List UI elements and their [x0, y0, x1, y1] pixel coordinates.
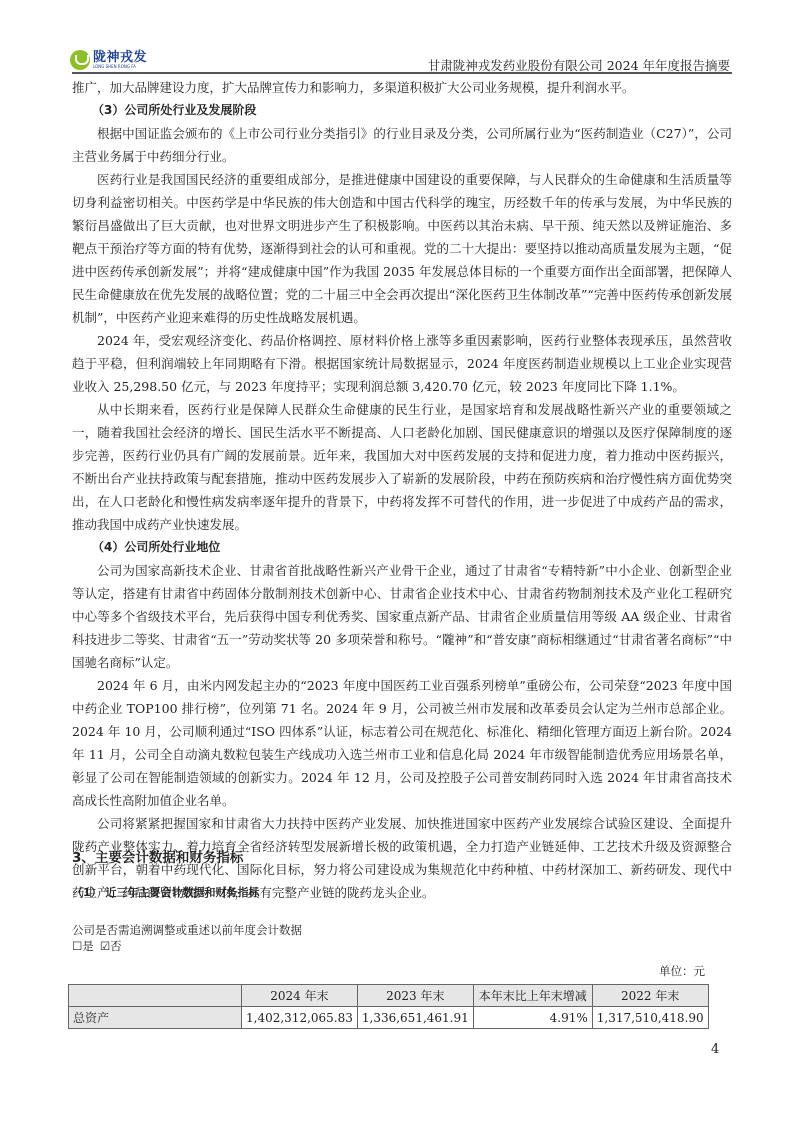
table-header-cell [69, 985, 242, 1007]
table-header-cell: 本年末比上年末增减 [473, 985, 592, 1007]
subheading-industry-stage: （3）公司所处行业及发展阶段 [92, 99, 732, 122]
restatement-question: 公司是否需追溯调整或重述以前年度会计数据 [72, 922, 302, 938]
restatement-options: ☐是 ☑否 [72, 938, 122, 954]
logo-name-cn: 陇神戎发 [93, 51, 147, 64]
unit-label: 单位：元 [659, 963, 705, 979]
table-header-cell: 2023 年末 [357, 985, 473, 1007]
table-cell: 1,317,510,418.90 [592, 1007, 708, 1029]
subheading-industry-position: （4）公司所处行业地位 [92, 536, 732, 559]
table-header-row: 2024 年末 2023 年末 本年末比上年末增减 2022 年末 [69, 985, 709, 1007]
table-cell: 1,336,651,461.91 [357, 1007, 473, 1029]
company-logo: 陇神戎发 LONG SHEN RONG FA [70, 50, 147, 70]
table-row: 总资产 1,402,312,065.83 1,336,651,461.91 4.… [69, 1007, 709, 1029]
paragraph-industry-classification: 根据中国证监会颁布的《上市公司行业分类指引》的行业目录及分类，公司所属行业为“医… [72, 122, 732, 168]
table-cell: 1,402,312,065.83 [242, 1007, 358, 1029]
logo-name-en: LONG SHEN RONG FA [93, 65, 147, 69]
paragraph-company-honors: 公司为国家高新技术企业、甘肃省首批战略性新兴产业骨干企业，通过了甘肃省“专精特新… [72, 559, 732, 674]
paragraph-industry-importance: 医药行业是我国国民经济的重要组成部分，是推进健康中国建设的重要保障，与人民群众的… [72, 168, 732, 329]
checkbox-yes: ☐是 [72, 938, 94, 954]
page-header: 陇神戎发 LONG SHEN RONG FA 甘肃陇神戎发药业股份有限公司 20… [70, 50, 730, 74]
body-text: 推广，加大品牌建设力度，扩大品牌宣传力和影响力，多渠道积极扩大公司业务规模，提升… [72, 76, 732, 904]
page-number: 4 [711, 1042, 719, 1057]
paragraph-2024-industry-data: 2024 年，受宏观经济变化、药品价格调控、原材料价格上涨等多重因素影响，医药行… [72, 329, 732, 398]
paragraph-long-term-outlook: 从中长期来看，医药行业是保障人民群众生命健康的民生行业，是国家培育和发展战略性新… [72, 398, 732, 536]
paragraph-continued: 推广，加大品牌建设力度，扩大品牌宣传力和影响力，多渠道积极扩大公司业务规模，提升… [72, 76, 732, 99]
financial-data-table: 2024 年末 2023 年末 本年末比上年末增减 2022 年末 总资产 1,… [68, 984, 709, 1029]
checkbox-no-checked: ☑否 [100, 938, 122, 954]
paragraph-2024-milestones: 2024 年 6 月，由米内网发起主办的“2023 年度中国医药工业百强系列榜单… [72, 674, 732, 812]
logo-icon [70, 50, 90, 70]
section-subtitle: （1） 近三年主要会计数据和财务指标 [72, 884, 259, 900]
table-header-cell: 2024 年末 [242, 985, 358, 1007]
table-cell: 4.91% [473, 1007, 592, 1029]
table-header-cell: 2022 年末 [592, 985, 708, 1007]
section-title: 3、主要会计数据和财务指标 [72, 846, 243, 866]
header-divider [72, 72, 732, 74]
row-label: 总资产 [69, 1007, 242, 1029]
